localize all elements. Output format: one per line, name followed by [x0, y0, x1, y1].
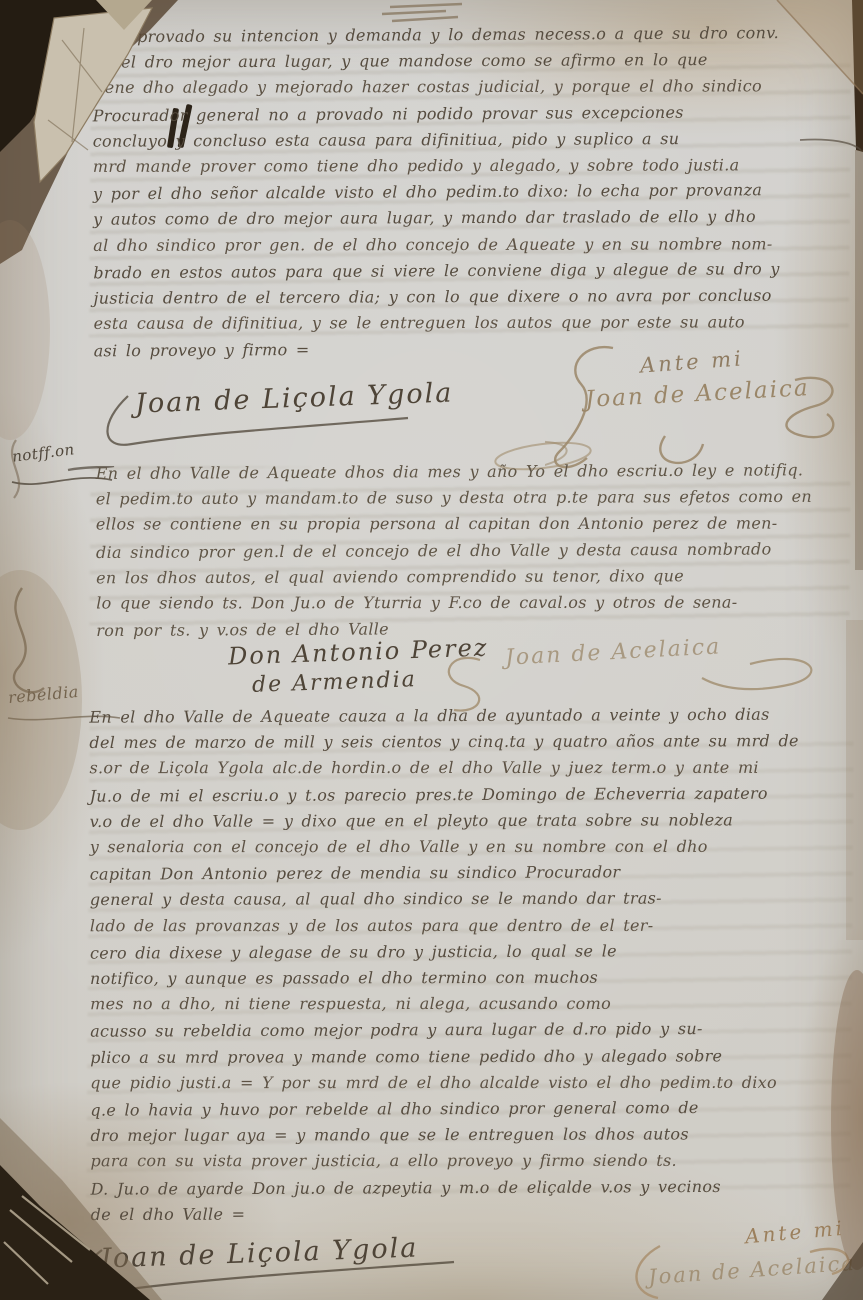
manuscript-line: Procurador general no a provado ni podid…: [93, 98, 855, 129]
manuscript-line: justicia dentro de el tercero dia; y con…: [93, 282, 855, 312]
manuscript-line: y autos como de dro mejor aura lugar, y …: [93, 204, 855, 234]
manuscript-line: q.e lo havia y huvo por rebelde al dho s…: [90, 1094, 856, 1124]
manuscript-line: dro mejor lugar aya = y mando que se le …: [90, 1121, 856, 1149]
manuscript-line: brado en estos autos para que si viere l…: [93, 256, 855, 287]
manuscript-line: general y desta causa, al qual dho sindi…: [90, 885, 856, 913]
manuscript-line: cero dia dixese y alegase de su dro y ju…: [90, 937, 856, 967]
manuscript-line: tiene dho alegado y mejorado hazer costa…: [93, 74, 855, 102]
manuscript-line: En el dho Valle de Aqueate cauza a la dh…: [89, 701, 855, 731]
manuscript-line: v.o de el dho Valle = y dixo que en el p…: [90, 807, 856, 835]
manuscript-line: notifico, y aunque es passado el dho ter…: [90, 964, 856, 992]
manuscript-line: Ju.o de mi el escriu.o y t.os parecio pr…: [90, 780, 856, 810]
manuscript-line: el pedim.to auto y mandam.to de suso y d…: [96, 484, 856, 513]
paragraph-rebeldia-auto: En el dho Valle de Aqueate cauza a la dh…: [89, 702, 856, 1228]
manuscript-line: s.or de Liçola Ygola alc.de hordin.o de …: [89, 755, 855, 782]
paragraph-notification: En el dho Valle de Aqueate dhos dia mes …: [96, 458, 857, 644]
manuscript-line: plico a su mrd provea y mande como tiene…: [90, 1043, 856, 1071]
manuscript-line: de el dro mejor aura lugar, y que mandos…: [92, 47, 854, 77]
manuscript-line: que pidio justi.a = Y por su mrd de el d…: [90, 1070, 856, 1097]
manuscript-line: acusso su rebeldia como mejor podra y au…: [90, 1016, 856, 1046]
signature-alcalde-bottom: Joan de Liçola Ygola: [100, 1232, 419, 1274]
manuscript-line: mes no a dho, ni tiene respuesta, ni ale…: [90, 991, 856, 1018]
manuscript-line: del mes de marzo de mill y seis cientos …: [89, 728, 855, 756]
manuscript-line: en los dhos autos, el qual aviendo compr…: [96, 562, 856, 591]
manuscript-line: de el dho Valle =: [91, 1200, 857, 1228]
manuscript-page: bien provado su intencion y demanda y lo…: [0, 0, 863, 1300]
manuscript-line: concluyo y concluso esta causa para difi…: [93, 125, 855, 155]
paragraph-main-decree: bien provado su intencion y demanda y lo…: [92, 20, 855, 364]
manuscript-line: lado de las provanzas y de los autos par…: [90, 912, 856, 939]
manuscript-line: dia sindico pror gen.l de el concejo de …: [96, 536, 856, 566]
margin-note-rebeldia: rebeldia: [7, 682, 79, 707]
manuscript-line: mrd mande prover como tiene dho pedido y…: [93, 152, 855, 180]
signature-sindico-line2: de Armendia: [252, 667, 418, 698]
manuscript-line: lo que siendo ts. Don Ju.o de Yturria y …: [96, 589, 856, 616]
manuscript-line: al dho sindico pror gen. de el dho conce…: [93, 231, 855, 259]
manuscript-line: para con su vista prover justicia, a ell…: [91, 1148, 857, 1175]
manuscript-line: esta causa de difinitiua, y se le entreg…: [94, 309, 856, 337]
signature-notary: Joan de Acelaica: [584, 375, 810, 413]
manuscript-line: y senaloria con el concejo de el dho Val…: [90, 834, 856, 861]
manuscript-line: bien provado su intencion y demanda y lo…: [92, 20, 854, 51]
manuscript-line: y por el dho señor alcalde visto el dho …: [93, 177, 855, 208]
manuscript-line: En el dho Valle de Aqueate dhos dia mes …: [96, 457, 856, 487]
manuscript-line: D. Ju.o de ayarde Don ju.o de azpeytia y…: [91, 1173, 857, 1203]
manuscript-line: ellos se contiene en su propia persona a…: [96, 511, 856, 538]
manuscript-line: capitan Don Antonio perez de mendia su s…: [90, 859, 856, 889]
signature-notary-bottom: Joan de Acelaica: [647, 1251, 856, 1289]
margin-note-notification: notff.on: [11, 440, 75, 466]
signature-alcalde: Joan de Liçola Ygola: [135, 377, 454, 419]
